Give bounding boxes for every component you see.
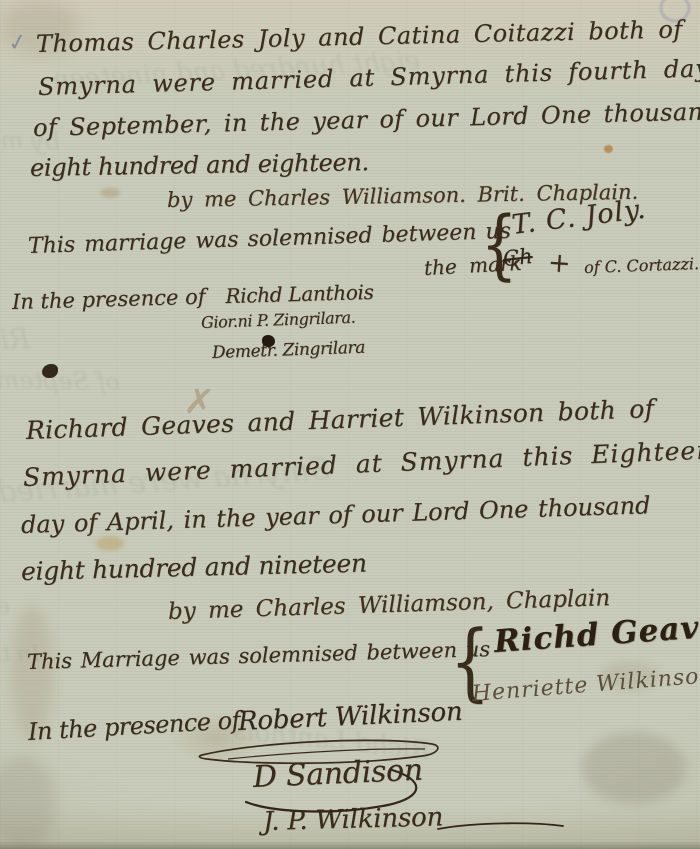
entry2-groom-signature: Richd Geaves. [493,606,700,660]
ink-bleedthrough: of September, in the year of our Lord On… [0,357,120,396]
ink-bleedthrough: eight hundred and eighteen. [0,580,10,620]
entry1-presence-label: In the presence of [12,285,206,314]
stain [582,732,686,804]
entry1-witness-signature-2: Gior.ni P. Zingrilara. [201,308,356,332]
entry1-mark-name: of C. Cortazzi. [584,254,700,277]
signature-flourish-underline [436,820,566,834]
manuscript-page: eight hundred and nineteen by me Charles… [0,0,700,849]
rust-spot [604,145,613,153]
entry2-body-line-2: Smyrna were married at Smyrna this Eight… [22,434,700,492]
entry1-witness-signature-1: Richd Lanthois [225,280,374,308]
signature-flourish-swoosh [232,764,432,816]
entry1-solemnised-line: This marriage was solemnised between us [28,219,512,259]
pencil-check-mark: ✓ [6,29,30,58]
entry2-officiant-line: by me Charles Williamson, Chaplain [168,585,611,625]
page-edge-shadow [0,841,700,849]
entry1-body-line-4: eight hundred and eighteen. [30,148,369,182]
stain [0,756,56,849]
entry1-crossed-out-scribble: Ch [502,244,534,271]
entry1-bride-mark: + [547,247,572,280]
entry2-witness-signature-1: Robert Wilkinson [237,697,463,737]
entry2-body-line-1: Richard Geaves and Harriet Wilkinson bot… [25,394,654,445]
entry2-solemnised-line: This Marriage was solemnised between us [27,637,491,674]
entry1-body-line-3: of September, in the year of our Lord On… [33,97,700,142]
entry2-bride-signature: Henriette Wilkinson [471,663,700,707]
entry2-body-line-4: eight hundred and nineteen [21,549,367,586]
stain [96,536,124,551]
stain [100,188,120,198]
entry1-witness-signature-3: Demetr. Zingrilara [212,338,366,363]
